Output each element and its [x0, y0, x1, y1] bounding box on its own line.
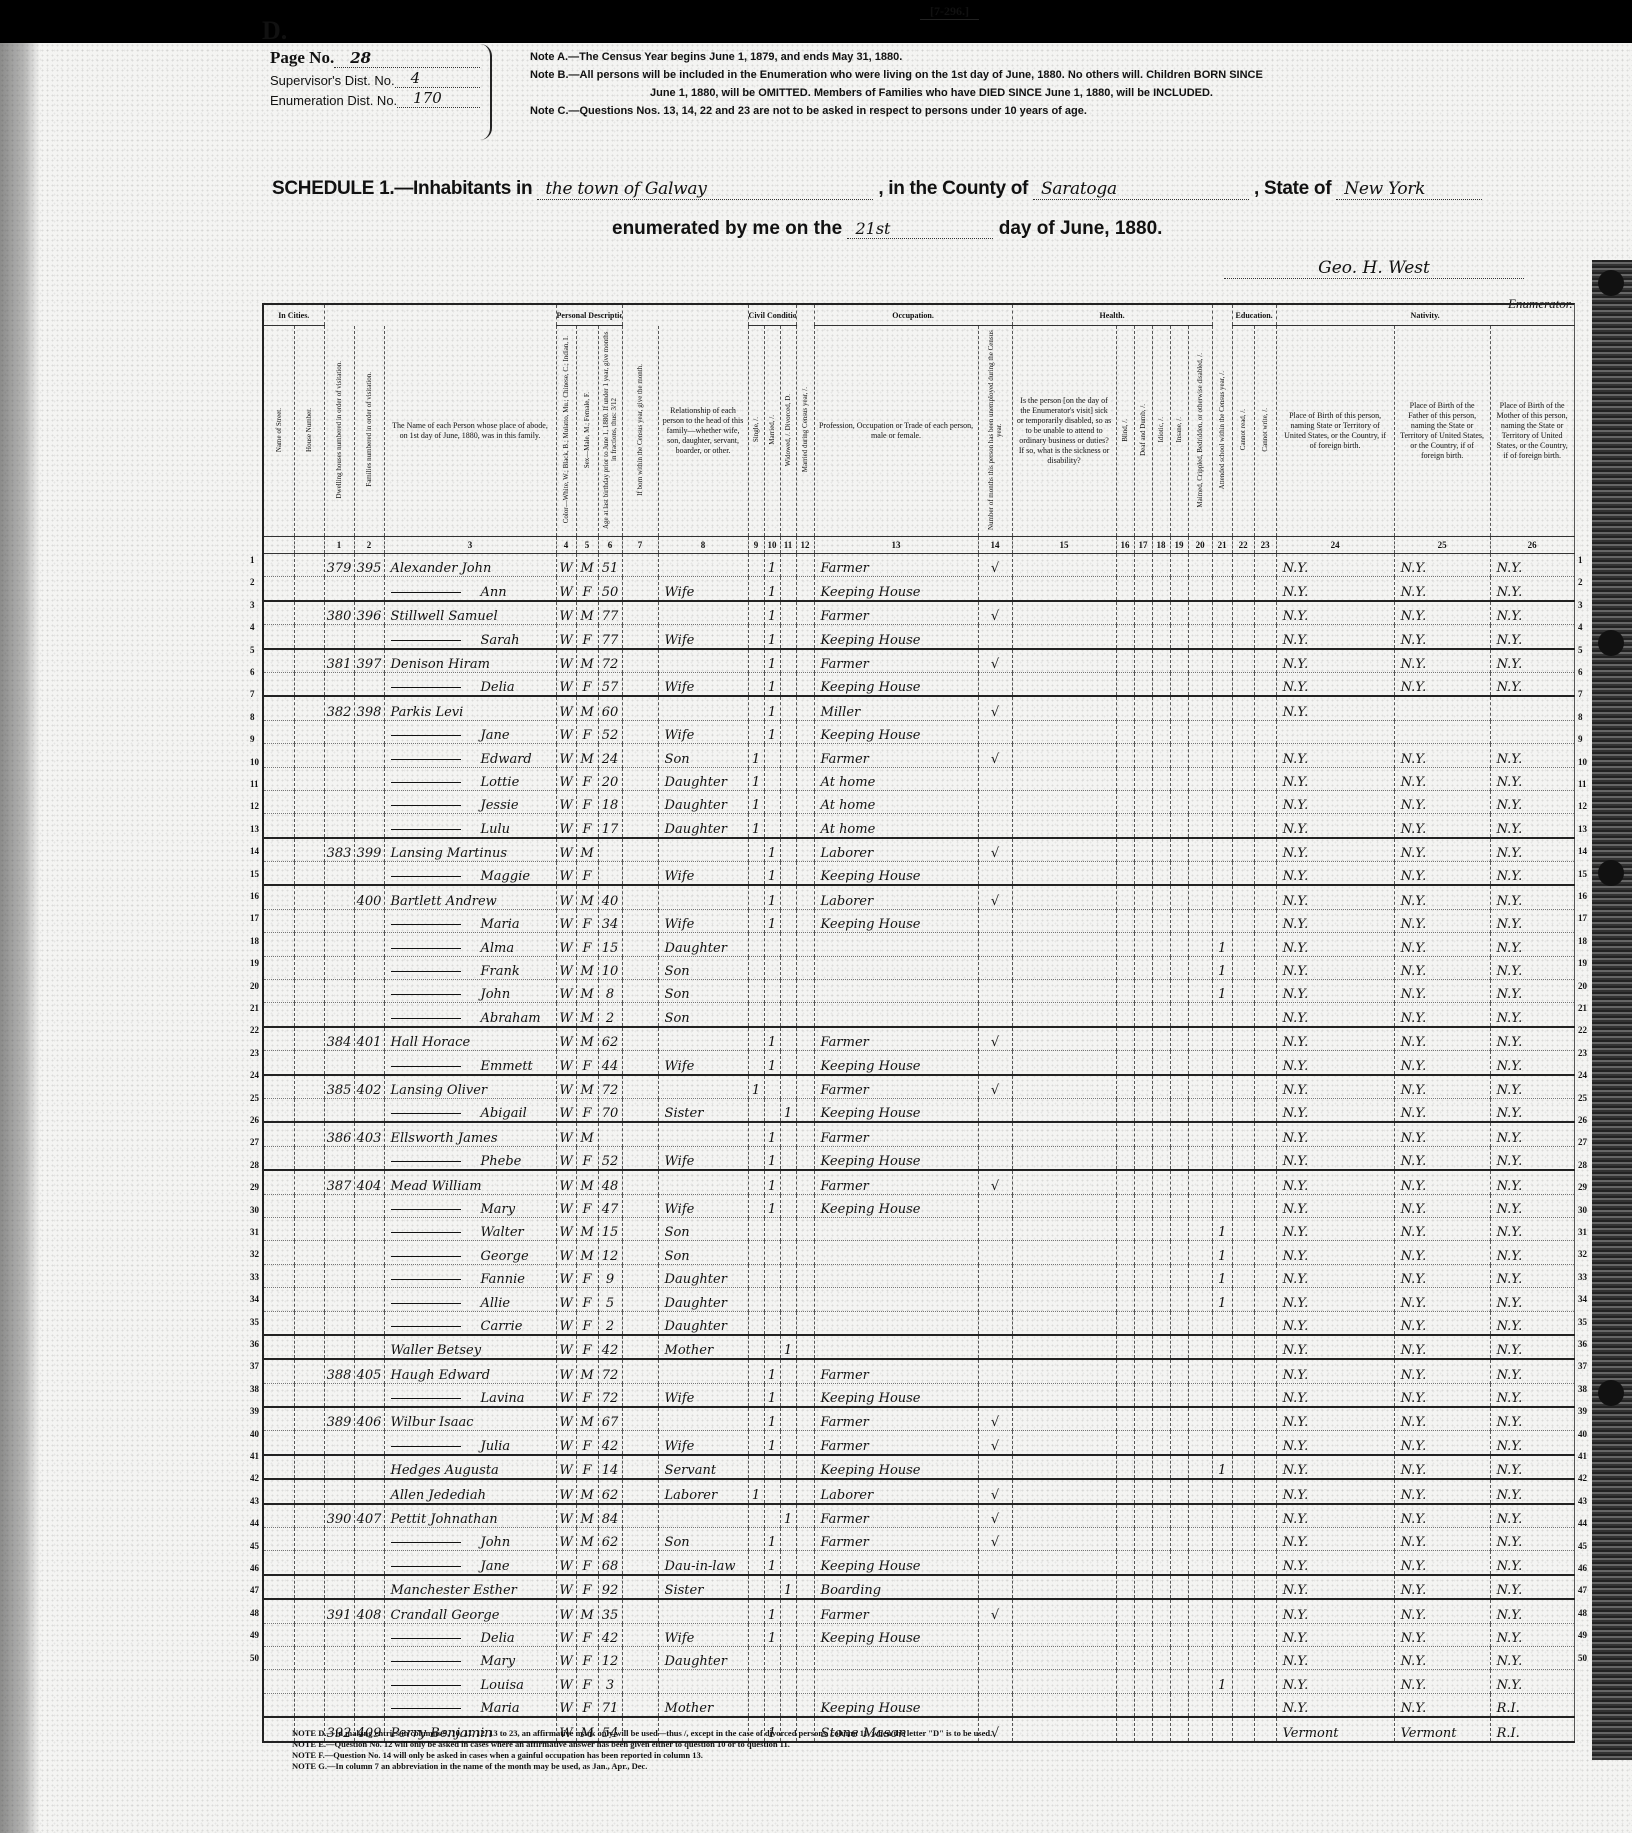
unemployed-mark: √ [978, 744, 1012, 767]
dwelling-number: 382 [324, 696, 354, 720]
given-name: Samuel [448, 609, 497, 624]
relationship [658, 1170, 748, 1194]
blind-mark [1116, 1504, 1134, 1528]
sickness [1012, 672, 1116, 696]
sickness [1012, 1075, 1116, 1099]
single-mark [748, 1693, 764, 1717]
sickness [1012, 1003, 1116, 1027]
relationship [658, 838, 748, 862]
table-row: 385402Lansing OliverWM721Farmer√N.Y.N.Y.… [264, 1075, 1574, 1099]
married-mark: 1 [764, 838, 780, 862]
deaf-mark [1134, 1455, 1152, 1479]
blind-mark [1116, 1575, 1134, 1599]
ditto-dash [391, 1113, 461, 1114]
widowed-mark [780, 1170, 796, 1194]
note-a: Note A.—The Census Year begins June 1, 1… [530, 48, 1530, 66]
age: 42 [598, 1623, 622, 1646]
table-row: JohnWM62Son1Farmer√N.Y.N.Y.N.Y. [264, 1528, 1574, 1551]
sex: M [576, 744, 598, 767]
color: W [556, 1264, 576, 1287]
disabled-mark [1188, 1075, 1212, 1099]
widowed-mark [780, 1027, 796, 1051]
color: W [556, 1146, 576, 1170]
sickness [1012, 1693, 1116, 1717]
county-value: Saratoga [1033, 179, 1249, 200]
ditto-dash [391, 735, 461, 736]
single-mark [748, 1504, 764, 1528]
table-row: EdwardWM24Son1Farmer√N.Y.N.Y.N.Y. [264, 744, 1574, 767]
insane-mark [1170, 1693, 1188, 1717]
family-number [354, 1098, 384, 1122]
birthplace: N.Y. [1276, 554, 1394, 577]
occupation [814, 1670, 978, 1693]
occupation [814, 1288, 978, 1311]
deaf-mark [1134, 720, 1152, 743]
family-number [354, 1670, 384, 1693]
cannot-read-mark [1232, 838, 1254, 862]
father-birthplace [1394, 720, 1490, 743]
relationship: Mother [658, 1335, 748, 1359]
birthplace: N.Y. [1276, 1311, 1394, 1335]
age: 5 [598, 1288, 622, 1311]
married-mark: 1 [764, 625, 780, 649]
surname: Bartlett [391, 894, 442, 909]
birthplace: N.Y. [1276, 1383, 1394, 1407]
person-name: Lavina [384, 1383, 556, 1407]
sickness [1012, 720, 1116, 743]
widowed-mark [780, 1528, 796, 1551]
cannot-write-mark [1254, 1170, 1276, 1194]
family-number [354, 1241, 384, 1264]
birthplace: N.Y. [1276, 1670, 1394, 1693]
group-in-cities: In Cities. [264, 305, 324, 326]
relationship [658, 1407, 748, 1431]
disabled-mark [1188, 696, 1212, 720]
ditto-dash [391, 1398, 461, 1399]
birth-month [622, 1528, 658, 1551]
birthplace: N.Y. [1276, 1599, 1394, 1623]
birth-month [622, 1098, 658, 1122]
line-number: 24 [250, 1070, 259, 1080]
idiotic-mark [1152, 1264, 1170, 1287]
married-year-mark [796, 720, 814, 743]
color: W [556, 1504, 576, 1528]
blind-mark [1116, 625, 1134, 649]
unemployed-mark [978, 720, 1012, 743]
table-row: JessieWF18Daughter1At homeN.Y.N.Y.N.Y. [264, 790, 1574, 813]
deaf-mark [1134, 1670, 1152, 1693]
color: W [556, 909, 576, 932]
father-birthplace: N.Y. [1394, 554, 1490, 577]
married-mark [764, 1504, 780, 1528]
person-name: John [384, 1528, 556, 1551]
mother-birthplace: N.Y. [1490, 1359, 1574, 1383]
street [264, 1122, 294, 1146]
school-mark [1212, 767, 1232, 790]
widowed-mark [780, 1288, 796, 1311]
line-number: 19 [250, 958, 259, 968]
single-mark [748, 980, 764, 1003]
birth-month [622, 909, 658, 932]
dwelling-number [324, 1670, 354, 1693]
married-year-mark [796, 1383, 814, 1407]
age: 2 [598, 1311, 622, 1335]
column-number: 22 [1232, 537, 1254, 554]
line-number: 38 [1578, 1384, 1587, 1394]
sickness [1012, 1479, 1116, 1503]
dwelling-number [324, 1383, 354, 1407]
table-row: LuluWF17Daughter1At homeN.Y.N.Y.N.Y. [264, 814, 1574, 838]
deaf-mark [1134, 1504, 1152, 1528]
street [264, 672, 294, 696]
widowed-mark [780, 1051, 796, 1075]
column-number: 19 [1170, 537, 1188, 554]
married-mark [764, 767, 780, 790]
column-number: 17 [1134, 537, 1152, 554]
color: W [556, 1359, 576, 1383]
given-name: Maggie [481, 869, 531, 884]
occupation: Farmer [814, 1170, 978, 1194]
ditto-dash [391, 1018, 461, 1019]
single-mark: 1 [748, 767, 764, 790]
married-year-mark [796, 1551, 814, 1575]
married-year-mark [796, 625, 814, 649]
disabled-mark [1188, 1504, 1212, 1528]
mother-birthplace: N.Y. [1490, 767, 1574, 790]
blind-mark [1116, 1693, 1134, 1717]
line-number: 7 [250, 689, 255, 699]
sickness [1012, 885, 1116, 909]
sex: F [576, 1646, 598, 1669]
birth-month [622, 862, 658, 886]
cannot-read-mark [1232, 672, 1254, 696]
person-name: Walter [384, 1217, 556, 1240]
idiotic-mark [1152, 1098, 1170, 1122]
color: W [556, 1311, 576, 1335]
mother-birthplace: N.Y. [1490, 862, 1574, 886]
column-number: 2 [354, 537, 384, 554]
idiotic-mark [1152, 1003, 1170, 1027]
occupation [814, 1003, 978, 1027]
married-mark: 1 [764, 885, 780, 909]
birthplace: N.Y. [1276, 744, 1394, 767]
street [264, 1003, 294, 1027]
father-birthplace: N.Y. [1394, 1335, 1490, 1359]
married-mark [764, 1646, 780, 1669]
father-birthplace: N.Y. [1394, 933, 1490, 956]
married-year-mark [796, 1241, 814, 1264]
color: W [556, 601, 576, 625]
cannot-read-mark [1232, 862, 1254, 886]
father-birthplace: N.Y. [1394, 767, 1490, 790]
street [264, 1717, 294, 1741]
line-number: 50 [250, 1653, 259, 1663]
given-name: Jedediah [428, 1488, 486, 1503]
table-row: LouisaWF31N.Y.N.Y.N.Y. [264, 1670, 1574, 1693]
cannot-write-mark [1254, 1098, 1276, 1122]
surname: Ellsworth [391, 1131, 454, 1146]
widowed-mark [780, 814, 796, 838]
married-year-mark [796, 1122, 814, 1146]
color: W [556, 933, 576, 956]
person-name: Alma [384, 933, 556, 956]
given-name: William [432, 1179, 482, 1194]
mother-birthplace: N.Y. [1490, 1122, 1574, 1146]
family-number [354, 790, 384, 813]
relationship: Wife [658, 672, 748, 696]
col-father-birthplace: Place of Birth of the Father of this per… [1394, 326, 1490, 537]
unemployed-mark [978, 956, 1012, 979]
insane-mark [1170, 1575, 1188, 1599]
widowed-mark: 1 [780, 1098, 796, 1122]
mother-birthplace: N.Y. [1490, 1335, 1574, 1359]
married-year-mark [796, 1599, 814, 1623]
house [294, 862, 324, 886]
married-mark [764, 1670, 780, 1693]
single-mark [748, 1122, 764, 1146]
color: W [556, 1241, 576, 1264]
age: 52 [598, 720, 622, 743]
occupation: Keeping House [814, 625, 978, 649]
birth-month [622, 1504, 658, 1528]
house [294, 1407, 324, 1431]
blind-mark [1116, 790, 1134, 813]
unemployed-mark [978, 1122, 1012, 1146]
insane-mark [1170, 1098, 1188, 1122]
column-number: 9 [748, 537, 764, 554]
column-number: 1 [324, 537, 354, 554]
line-number: 8 [1578, 712, 1583, 722]
age: 92 [598, 1575, 622, 1599]
house [294, 814, 324, 838]
relationship: Daughter [658, 814, 748, 838]
line-number: 47 [250, 1585, 259, 1595]
married-mark [764, 790, 780, 813]
col-birthplace: Place of Birth of this person, naming St… [1276, 326, 1394, 537]
age: 70 [598, 1098, 622, 1122]
relationship: Daughter [658, 1646, 748, 1669]
line-number: 12 [1578, 801, 1587, 811]
school-mark [1212, 1599, 1232, 1623]
ditto-dash [391, 1161, 461, 1162]
single-mark: 1 [748, 744, 764, 767]
dwelling-number [324, 1646, 354, 1669]
married-mark: 1 [764, 1170, 780, 1194]
unemployed-mark [978, 790, 1012, 813]
father-birthplace: N.Y. [1394, 1122, 1490, 1146]
relationship: Son [658, 1241, 748, 1264]
line-number: 33 [1578, 1272, 1587, 1282]
mother-birthplace: N.Y. [1490, 1455, 1574, 1479]
relationship: Wife [658, 625, 748, 649]
cannot-read-mark [1232, 1075, 1254, 1099]
col-widowed: Widowed, /. Divorced, D. [780, 326, 796, 537]
occupation: Farmer [814, 1431, 978, 1455]
line-number: 20 [1578, 981, 1587, 991]
mother-birthplace: N.Y. [1490, 625, 1574, 649]
dwelling-number: 384 [324, 1027, 354, 1051]
dwelling-number: 391 [324, 1599, 354, 1623]
sex: F [576, 1264, 598, 1287]
married-mark: 1 [764, 601, 780, 625]
person-name: Pettit Johnathan [384, 1504, 556, 1528]
relationship [658, 885, 748, 909]
person-name: Maggie [384, 862, 556, 886]
birthplace: N.Y. [1276, 1075, 1394, 1099]
surname: Stillwell [391, 609, 445, 624]
group-occupation: Occupation. [814, 305, 1012, 326]
widowed-mark [780, 720, 796, 743]
single-mark [748, 1575, 764, 1599]
ditto-dash [391, 1303, 461, 1304]
line-number: 18 [250, 936, 259, 946]
street [264, 1623, 294, 1646]
insane-mark [1170, 767, 1188, 790]
person-name: Lottie [384, 767, 556, 790]
age: 15 [598, 1217, 622, 1240]
cannot-read-mark [1232, 744, 1254, 767]
blind-mark [1116, 862, 1134, 886]
given-name: Emmett [481, 1059, 533, 1074]
sickness [1012, 649, 1116, 673]
birth-month [622, 1646, 658, 1669]
corner-mark: D. [262, 16, 287, 46]
street [264, 885, 294, 909]
given-name: Ann [481, 585, 507, 600]
relationship: Daughter [658, 1264, 748, 1287]
father-birthplace: N.Y. [1394, 672, 1490, 696]
married-year-mark [796, 1051, 814, 1075]
insane-mark [1170, 625, 1188, 649]
census-table: In Cities. Personal Description. Civil C… [262, 303, 1575, 1743]
color: W [556, 1383, 576, 1407]
idiotic-mark [1152, 601, 1170, 625]
married-mark: 1 [764, 1599, 780, 1623]
father-birthplace: N.Y. [1394, 1241, 1490, 1264]
unemployed-mark [978, 1455, 1012, 1479]
given-name: James [458, 1131, 498, 1146]
single-mark [748, 1383, 764, 1407]
mother-birthplace: N.Y. [1490, 1194, 1574, 1217]
cannot-read-mark [1232, 1122, 1254, 1146]
family-number [354, 744, 384, 767]
given-name: Walter [481, 1225, 524, 1240]
column-number: 7 [622, 537, 658, 554]
father-birthplace: N.Y. [1394, 1051, 1490, 1075]
line-number: 43 [1578, 1496, 1587, 1506]
single-mark [748, 1146, 764, 1170]
single-mark [748, 1311, 764, 1335]
married-mark: 1 [764, 649, 780, 673]
relationship: Son [658, 1217, 748, 1240]
cannot-write-mark [1254, 1551, 1276, 1575]
birthplace [1276, 720, 1394, 743]
house [294, 1575, 324, 1599]
widowed-mark [780, 838, 796, 862]
surname: Denison [391, 657, 445, 672]
state-label: , State of [1254, 178, 1331, 199]
cannot-write-mark [1254, 1599, 1276, 1623]
column-number [294, 537, 324, 554]
person-name: Frank [384, 956, 556, 979]
ditto-dash [391, 924, 461, 925]
dwelling-number [324, 1288, 354, 1311]
birthplace: N.Y. [1276, 1551, 1394, 1575]
family-number [354, 1335, 384, 1359]
widowed-mark [780, 980, 796, 1003]
col-birth-month: If born within the Census year, give the… [622, 326, 658, 537]
married-mark [764, 1311, 780, 1335]
given-name: Delia [481, 680, 515, 695]
color: W [556, 838, 576, 862]
cannot-read-mark [1232, 1264, 1254, 1287]
cannot-write-mark [1254, 1575, 1276, 1599]
family-number: 407 [354, 1504, 384, 1528]
family-number [354, 1528, 384, 1551]
idiotic-mark [1152, 1504, 1170, 1528]
line-number: 38 [250, 1384, 259, 1394]
color: W [556, 649, 576, 673]
person-name: Abraham [384, 1003, 556, 1027]
idiotic-mark [1152, 1528, 1170, 1551]
insane-mark [1170, 1431, 1188, 1455]
deaf-mark [1134, 1431, 1152, 1455]
line-number: 33 [250, 1272, 259, 1282]
insane-mark [1170, 1075, 1188, 1099]
married-mark [764, 1575, 780, 1599]
father-birthplace: N.Y. [1394, 625, 1490, 649]
insane-mark [1170, 1288, 1188, 1311]
street [264, 1479, 294, 1503]
sex: F [576, 577, 598, 601]
binding-ring-icon [1598, 270, 1624, 296]
col-house: House Number. [294, 326, 324, 537]
sex: M [576, 1504, 598, 1528]
widowed-mark [780, 1194, 796, 1217]
person-name: George [384, 1241, 556, 1264]
occupation: Farmer [814, 601, 978, 625]
mother-birthplace: N.Y. [1490, 1170, 1574, 1194]
table-row: AnnWF50Wife1Keeping HouseN.Y.N.Y.N.Y. [264, 577, 1574, 601]
mother-birthplace: N.Y. [1490, 1575, 1574, 1599]
col-color: Color—White, W.; Black, B.; Mulatto, Mu.… [556, 326, 576, 537]
married-year-mark [796, 1407, 814, 1431]
ditto-dash [391, 640, 461, 641]
line-number: 3 [1578, 600, 1583, 610]
age: 17 [598, 814, 622, 838]
deaf-mark [1134, 1051, 1152, 1075]
insane-mark [1170, 1528, 1188, 1551]
ditto-dash [391, 1209, 461, 1210]
sex: M [576, 838, 598, 862]
age: 15 [598, 933, 622, 956]
disabled-mark [1188, 672, 1212, 696]
column-number: 26 [1490, 537, 1574, 554]
birthplace: N.Y. [1276, 1122, 1394, 1146]
insane-mark [1170, 909, 1188, 932]
birthplace: N.Y. [1276, 625, 1394, 649]
mother-birthplace: N.Y. [1490, 1217, 1574, 1240]
age: 24 [598, 744, 622, 767]
cannot-read-mark [1232, 720, 1254, 743]
disabled-mark [1188, 1288, 1212, 1311]
sickness [1012, 1311, 1116, 1335]
ditto-dash [391, 948, 461, 949]
col-mother-birthplace: Place of Birth of the Mother of this per… [1490, 326, 1574, 537]
line-number: 20 [250, 981, 259, 991]
school-mark [1212, 720, 1232, 743]
blind-mark [1116, 1003, 1134, 1027]
